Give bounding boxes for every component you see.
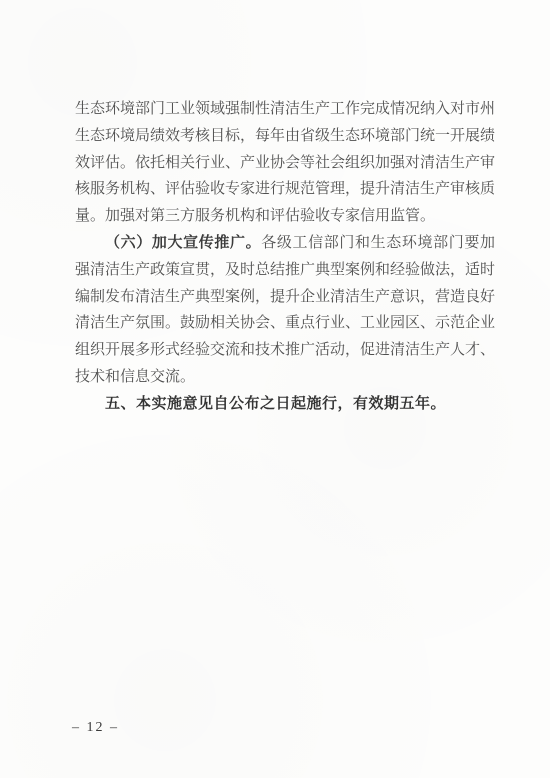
paragraph-publicity-promotion: （六）加大宣传推广。各级工信部门和生态环境部门要加强清洁生产政策宣贯，及时总结推…	[75, 230, 495, 391]
paragraph-performance-evaluation: 生态环境部门工业领域强制性清洁生产工作完成情况纳入对市州生态环境局绩效考核目标，…	[75, 96, 495, 230]
document-page: 生态环境部门工业领域强制性清洁生产工作完成情况纳入对市州生态环境局绩效考核目标，…	[0, 0, 550, 778]
section-six-body-text: 各级工信部门和生态环境部门要加强清洁生产政策宣贯，及时总结推广典型案例和经验做法…	[75, 235, 495, 385]
paragraph-effective-period: 五、本实施意见自公布之日起施行，有效期五年。	[75, 391, 495, 418]
document-body: 生态环境部门工业领域强制性清洁生产工作完成情况纳入对市州生态环境局绩效考核目标，…	[75, 96, 495, 418]
page-number: – 12 –	[72, 720, 119, 736]
section-heading-six: （六）加大宣传推广。	[105, 235, 261, 251]
